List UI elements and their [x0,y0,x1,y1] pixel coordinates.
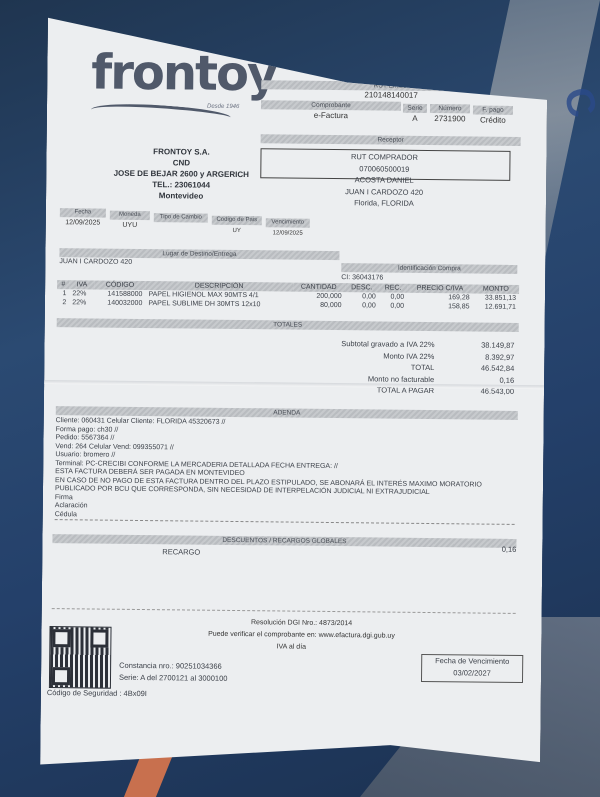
emisor-block: FRONTOY S.A. CND JOSE DE BEJAR 2600 y AR… [106,146,257,203]
iva-note: IVA al día [241,642,341,653]
footer-divider [52,608,516,614]
delivery-address: JUAN I CARDOZO 420 [59,258,132,266]
forma-pago-label: F. pago [473,105,513,114]
cell-iva: 22% [69,289,94,298]
verify-link[interactable]: Puede verificar el comprobante en: www.e… [161,629,441,642]
cell-num: 2 [57,298,69,307]
col-header: REC. [379,283,407,292]
cell-iva: 22% [69,298,94,307]
forma-pago-value: Crédito [473,115,513,125]
numero-label: Número [430,104,470,113]
cell-desc: 0,00 [345,301,379,310]
moneda-value: UYU [110,221,150,231]
company-logo: frontoy [91,44,276,102]
cell-rec: 0,00 [379,301,407,310]
cell-rec: 0,00 [379,292,407,301]
fecha-label: Fecha [60,208,106,217]
codigo-pais-value: UY [212,226,262,237]
resolucion-dgi: Resolución DGI Nro.: 4873/2014 [182,617,422,630]
serie-value: A [403,114,427,124]
vencimiento-value: 12/09/2025 [266,228,310,238]
vencimiento-label: Vencimiento [266,218,310,227]
receptor-city: Florida, FLORIDA [260,196,508,210]
recargo-label: RECARGO [162,547,200,556]
logo-tagline: Desde 1946 [207,104,239,110]
cell-price: 158,85 [407,302,473,312]
col-header: CANTIDAD [293,283,345,293]
cell-amount: 12.691,71 [472,302,518,311]
venc-value: 03/02/2027 [422,667,522,680]
vencimiento-box: Fecha de Vencimiento 03/02/2027 [421,654,523,683]
codigo-pais-label: Codigo de Pais [212,216,262,226]
col-header: IVA [69,280,94,289]
venc-label: Fecha de Vencimiento [422,655,522,668]
adenda-block: Cliente: 060431 Celular Cliente: FLORIDA… [55,417,516,525]
numero-value: 2731900 [430,114,470,124]
receptor-block: RUT COMPRADOR 070060500019 ACOSTA DANIEL… [260,150,509,210]
qr-corner [52,667,70,685]
col-header: # [57,280,69,289]
totales-label: TOTALES [57,318,519,332]
cell-amount: 33.851,13 [473,293,519,302]
fecha-value: 12/09/2025 [60,218,106,228]
cell-description: PAPEL SUBLIME DH 30MTS 12x10 [145,299,292,310]
col-header: MONTO [473,284,519,293]
serie-range: Serie: A del 2700121 al 3000100 [119,673,228,683]
qr-code-icon[interactable] [49,626,112,689]
moneda-label: Moneda [110,211,150,220]
cell-qty: 80,000 [292,301,344,311]
comprobante-label: Comprobante [261,100,401,110]
cedula-label: Cédula [55,511,77,518]
col-header: DESC. [345,283,379,292]
tipo-cambio-label: Tipo de Cambio [154,213,208,223]
cell-code: 140032000 [94,299,145,309]
identificacion-value: CI: 36043176 [341,274,383,281]
invoice-lines-table: # IVA CÓDIGO DESCRIPCIÓN CANTIDAD DESC. … [57,280,519,312]
constancia: Constancia nro.: 90251034366 [119,661,222,671]
serie-label: Serie [403,104,427,113]
identificacion-label: Identificación Compra [341,263,517,274]
cell-num: 1 [57,289,69,298]
comprobante-value: e-Factura [261,110,401,121]
company-city: Montevideo [106,190,256,203]
invoice-document: frontoy Desde 1946 RUT Emisor 2101481400… [40,10,548,785]
cell-desc: 0,00 [345,292,379,301]
company-address: JOSE DE BEJAR 2600 y ARGERICH [106,168,256,181]
security-code: Código de Seguridad : 4Bx09I [47,688,147,698]
background-strap [124,757,172,797]
recargo-value: 0,16 [482,545,516,554]
col-header: PRECIO C/IVA [407,284,473,294]
receptor-label: Receptor [261,134,521,146]
descuentos-label: DESCUENTOS / RECARGOS GLOBALES [52,534,516,548]
